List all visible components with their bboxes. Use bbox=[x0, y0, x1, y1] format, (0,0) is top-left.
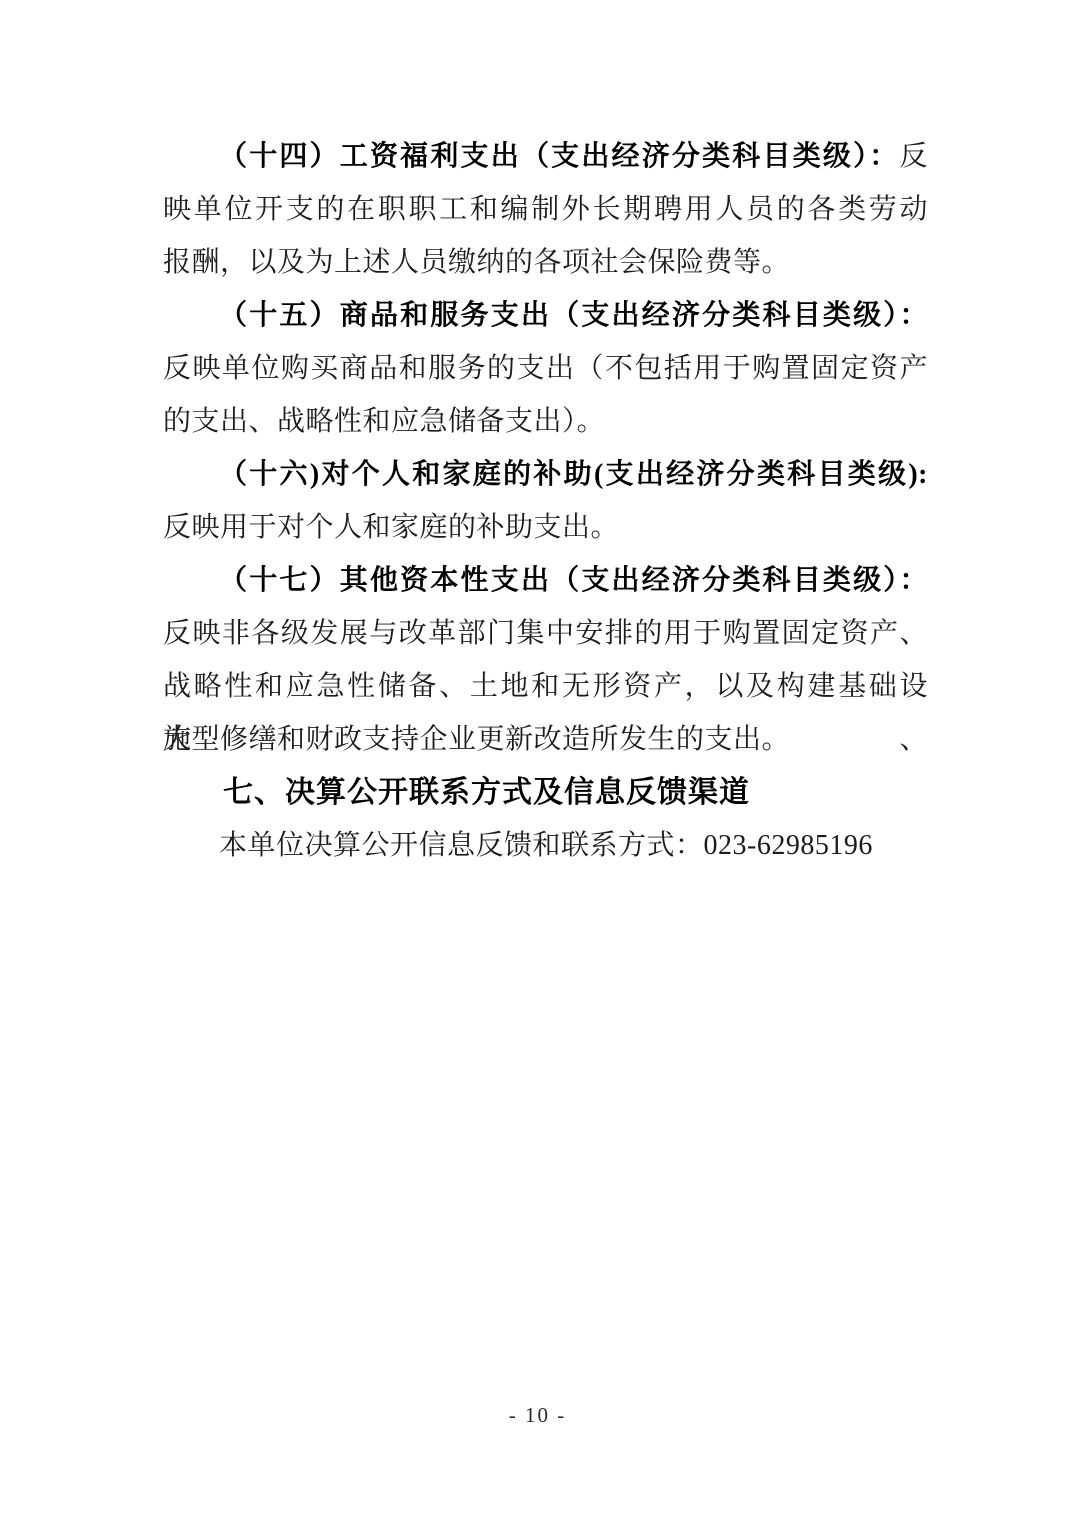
para-17-line-3: 战略性和应急性储备、土地和无形资产，以及构建基础设施、 bbox=[163, 660, 928, 713]
para-14-heading: （十四）工资福利支出（支出经济分类科目类级）： bbox=[219, 141, 899, 172]
para-14-line-2: 映单位开支的在职职工和编制外长期聘用人员的各类劳动 bbox=[163, 183, 928, 236]
para-17-heading: （十七）其他资本性支出（支出经济分类科目类级）： bbox=[219, 565, 928, 596]
para-15-heading: （十五）商品和服务支出（支出经济分类科目类级）： bbox=[219, 300, 928, 331]
para-16-heading: （十六)对个人和家庭的补助(支出经济分类科目类级): bbox=[219, 459, 928, 490]
document-page: （十四）工资福利支出（支出经济分类科目类级）：反 映单位开支的在职职工和编制外长… bbox=[0, 0, 1075, 1520]
para-14-line-3: 报酬，以及为上述人员缴纳的各项社会保险费等。 bbox=[163, 236, 928, 289]
text-line: 大型修缮和财政支持企业更新改造所发生的支出。 bbox=[163, 724, 790, 755]
para-16-line-1: （十六)对个人和家庭的补助(支出经济分类科目类级): bbox=[163, 448, 928, 501]
para-15-line-1: （十五）商品和服务支出（支出经济分类科目类级）： bbox=[163, 289, 928, 342]
text-line: 报酬，以及为上述人员缴纳的各项社会保险费等。 bbox=[163, 247, 790, 278]
section-7-heading: 七、决算公开联系方式及信息反馈渠道 bbox=[163, 766, 928, 819]
text-line: 反映用于对个人和家庭的补助支出。 bbox=[163, 512, 619, 543]
para-17-line-1: （十七）其他资本性支出（支出经济分类科目类级）： bbox=[163, 554, 928, 607]
para-16-line-2: 反映用于对个人和家庭的补助支出。 bbox=[163, 501, 928, 554]
page-number: - 10 - bbox=[0, 1403, 1075, 1428]
text-line: 的支出、战略性和应急储备支出）。 bbox=[163, 406, 605, 437]
para-17-line-2: 反映非各级发展与改革部门集中安排的用于购置固定资产、 bbox=[163, 607, 928, 660]
para-14-text: 反 bbox=[899, 141, 928, 172]
text-line: 反映非各级发展与改革部门集中安排的用于购置固定资产、 bbox=[163, 618, 928, 649]
text-line: 反映单位购买商品和服务的支出（不包括用于购置固定资产 bbox=[163, 353, 928, 384]
section-heading-text: 七、决算公开联系方式及信息反馈渠道 bbox=[223, 776, 750, 809]
text-line: 映单位开支的在职职工和编制外长期聘用人员的各类劳动 bbox=[163, 194, 928, 225]
contact-line: 本单位决算公开信息反馈和联系方式：023-62985196 bbox=[163, 819, 928, 872]
contact-text: 本单位决算公开信息反馈和联系方式：023-62985196 bbox=[219, 830, 873, 861]
para-15-line-3: 的支出、战略性和应急储备支出）。 bbox=[163, 395, 928, 448]
para-15-line-2: 反映单位购买商品和服务的支出（不包括用于购置固定资产 bbox=[163, 342, 928, 395]
document-body: （十四）工资福利支出（支出经济分类科目类级）：反 映单位开支的在职职工和编制外长… bbox=[163, 130, 928, 872]
para-14-line-1: （十四）工资福利支出（支出经济分类科目类级）：反 bbox=[163, 130, 928, 183]
